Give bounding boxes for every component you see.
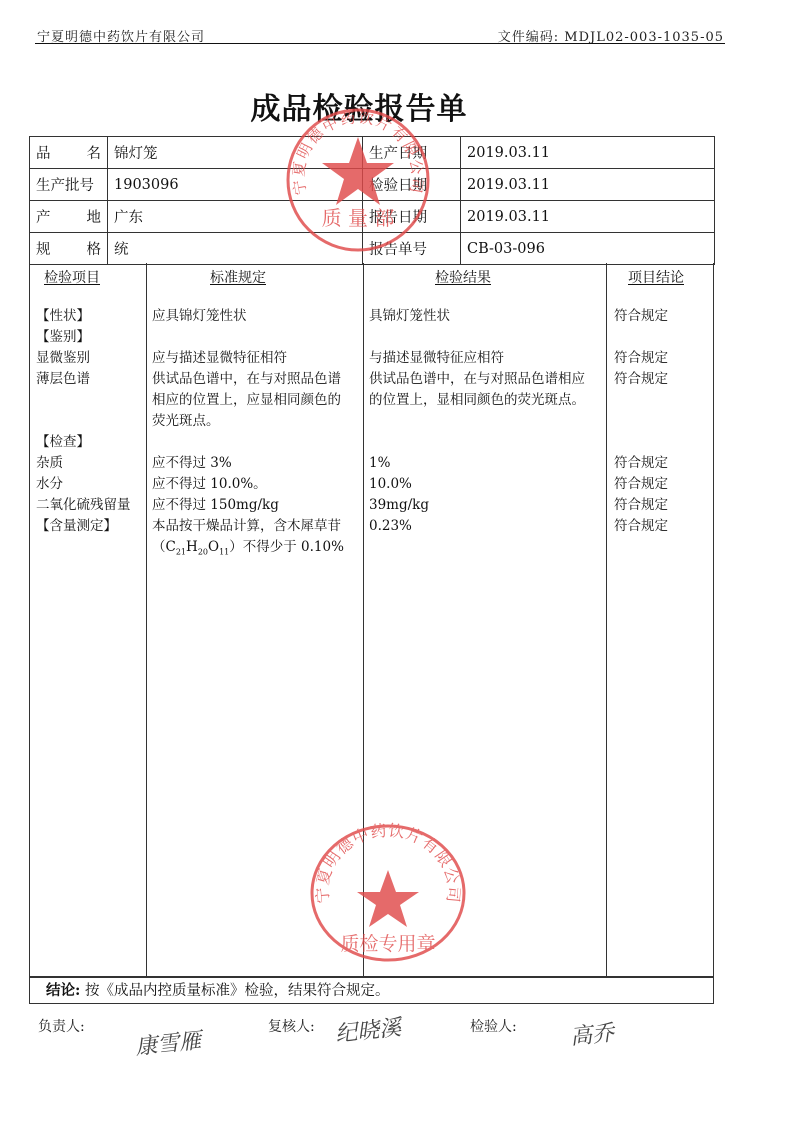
product-info-table: 品名 锦灯笼 生产日期 2019.03.11 生产批号 1903096 检验日期… [29, 136, 715, 265]
inspection-date-value: 2019.03.11 [461, 169, 715, 201]
report-no-value: CB-03-096 [461, 233, 715, 265]
result-text: 1% [369, 453, 390, 474]
info-row: 规格 统 报告单号 CB-03-096 [30, 233, 715, 265]
item-label: 【鉴别】 [36, 327, 90, 348]
assay-formula: （C21H20O11）不得少于 0.10% [152, 537, 344, 563]
column-header-standard: 标准规定 [210, 267, 266, 287]
result-text: 39mg/kg [369, 495, 429, 516]
origin-value: 广东 [108, 201, 363, 233]
product-name-value: 锦灯笼 [108, 137, 363, 169]
production-date-value: 2019.03.11 [461, 137, 715, 169]
item-label: 【性状】 [36, 306, 90, 327]
column-header-conclusion: 项目结论 [628, 267, 684, 287]
report-no-label: 报告单号 [363, 233, 461, 265]
column-divider [606, 263, 607, 976]
item-conclusion: 符合规定 [614, 516, 668, 537]
item-label: 薄层色谱 [36, 369, 90, 390]
reviewer-signature: 纪晓溪 [334, 1011, 403, 1049]
column-divider [146, 263, 147, 976]
result-text: 10.0% [369, 474, 412, 495]
result-text: 的位置上，显相同颜色的荧光斑点。 [369, 390, 585, 411]
responsible-signature: 康雪雁 [134, 1024, 203, 1062]
column-header-result: 检验结果 [435, 267, 491, 287]
info-row: 品名 锦灯笼 生产日期 2019.03.11 [30, 137, 715, 169]
item-conclusion: 符合规定 [614, 474, 668, 495]
column-header-item: 检验项目 [44, 267, 100, 287]
standard-text: 本品按干燥品计算，含木犀草苷 [152, 516, 341, 537]
header-divider [35, 43, 725, 44]
standard-text: 应不得过 3% [152, 453, 232, 474]
info-row: 生产批号 1903096 检验日期 2019.03.11 [30, 169, 715, 201]
item-conclusion: 符合规定 [614, 369, 668, 390]
result-text: 具锦灯笼性状 [369, 306, 450, 327]
result-text: 0.23% [369, 516, 412, 537]
inspection-table: 检验项目 标准规定 检验结果 项目结论 【性状】 【鉴别】 显微鉴别 薄层色谱 … [29, 263, 714, 977]
conclusion-label: 结论: [46, 982, 80, 999]
batch-value: 1903096 [108, 169, 363, 201]
batch-label: 生产批号 [30, 169, 108, 201]
responsible-label: 负责人: [38, 1016, 85, 1036]
standard-text: 供试品色谱中，在与对照品色谱 [152, 369, 341, 390]
standard-text: 应不得过 150mg/kg [152, 495, 279, 516]
reviewer-label: 复核人: [268, 1016, 315, 1036]
item-label: 水分 [36, 474, 63, 495]
column-divider [363, 263, 364, 976]
item-conclusion: 符合规定 [614, 495, 668, 516]
spec-label: 规格 [30, 233, 108, 265]
inspector-signature: 高乔 [569, 1016, 616, 1051]
standard-text: 应具锦灯笼性状 [152, 306, 247, 327]
conclusion-text: 按《成品内控质量标准》检验，结果符合规定。 [85, 983, 390, 999]
info-row: 产地 广东 报告日期 2019.03.11 [30, 201, 715, 233]
standard-text: 应与描述显微特征相符 [152, 348, 287, 369]
product-name-label: 品名 [30, 137, 108, 169]
overall-conclusion: 结论: 按《成品内控质量标准》检验，结果符合规定。 [29, 977, 714, 1004]
origin-label: 产地 [30, 201, 108, 233]
spec-value: 统 [108, 233, 363, 265]
item-conclusion: 符合规定 [614, 453, 668, 474]
item-label: 【检查】 [36, 432, 90, 453]
item-conclusion: 符合规定 [614, 306, 668, 327]
report-date-value: 2019.03.11 [461, 201, 715, 233]
result-text: 与描述显微特征应相符 [369, 348, 504, 369]
item-conclusion: 符合规定 [614, 348, 668, 369]
page-title: 成品检验报告单 [0, 84, 718, 128]
standard-text: 应不得过 10.0%。 [152, 474, 267, 495]
standard-text: 相应的位置上，应显相同颜色的 [152, 390, 341, 411]
result-text: 供试品色谱中，在与对照品色谱相应 [369, 369, 585, 390]
production-date-label: 生产日期 [363, 137, 461, 169]
item-label: 【含量测定】 [36, 516, 117, 537]
inspection-date-label: 检验日期 [363, 169, 461, 201]
report-date-label: 报告日期 [363, 201, 461, 233]
item-label: 显微鉴别 [36, 348, 90, 369]
standard-text: 荧光斑点。 [152, 411, 220, 432]
item-label: 杂质 [36, 453, 63, 474]
inspector-label: 检验人: [470, 1016, 517, 1036]
item-label: 二氧化硫残留量 [36, 495, 131, 516]
